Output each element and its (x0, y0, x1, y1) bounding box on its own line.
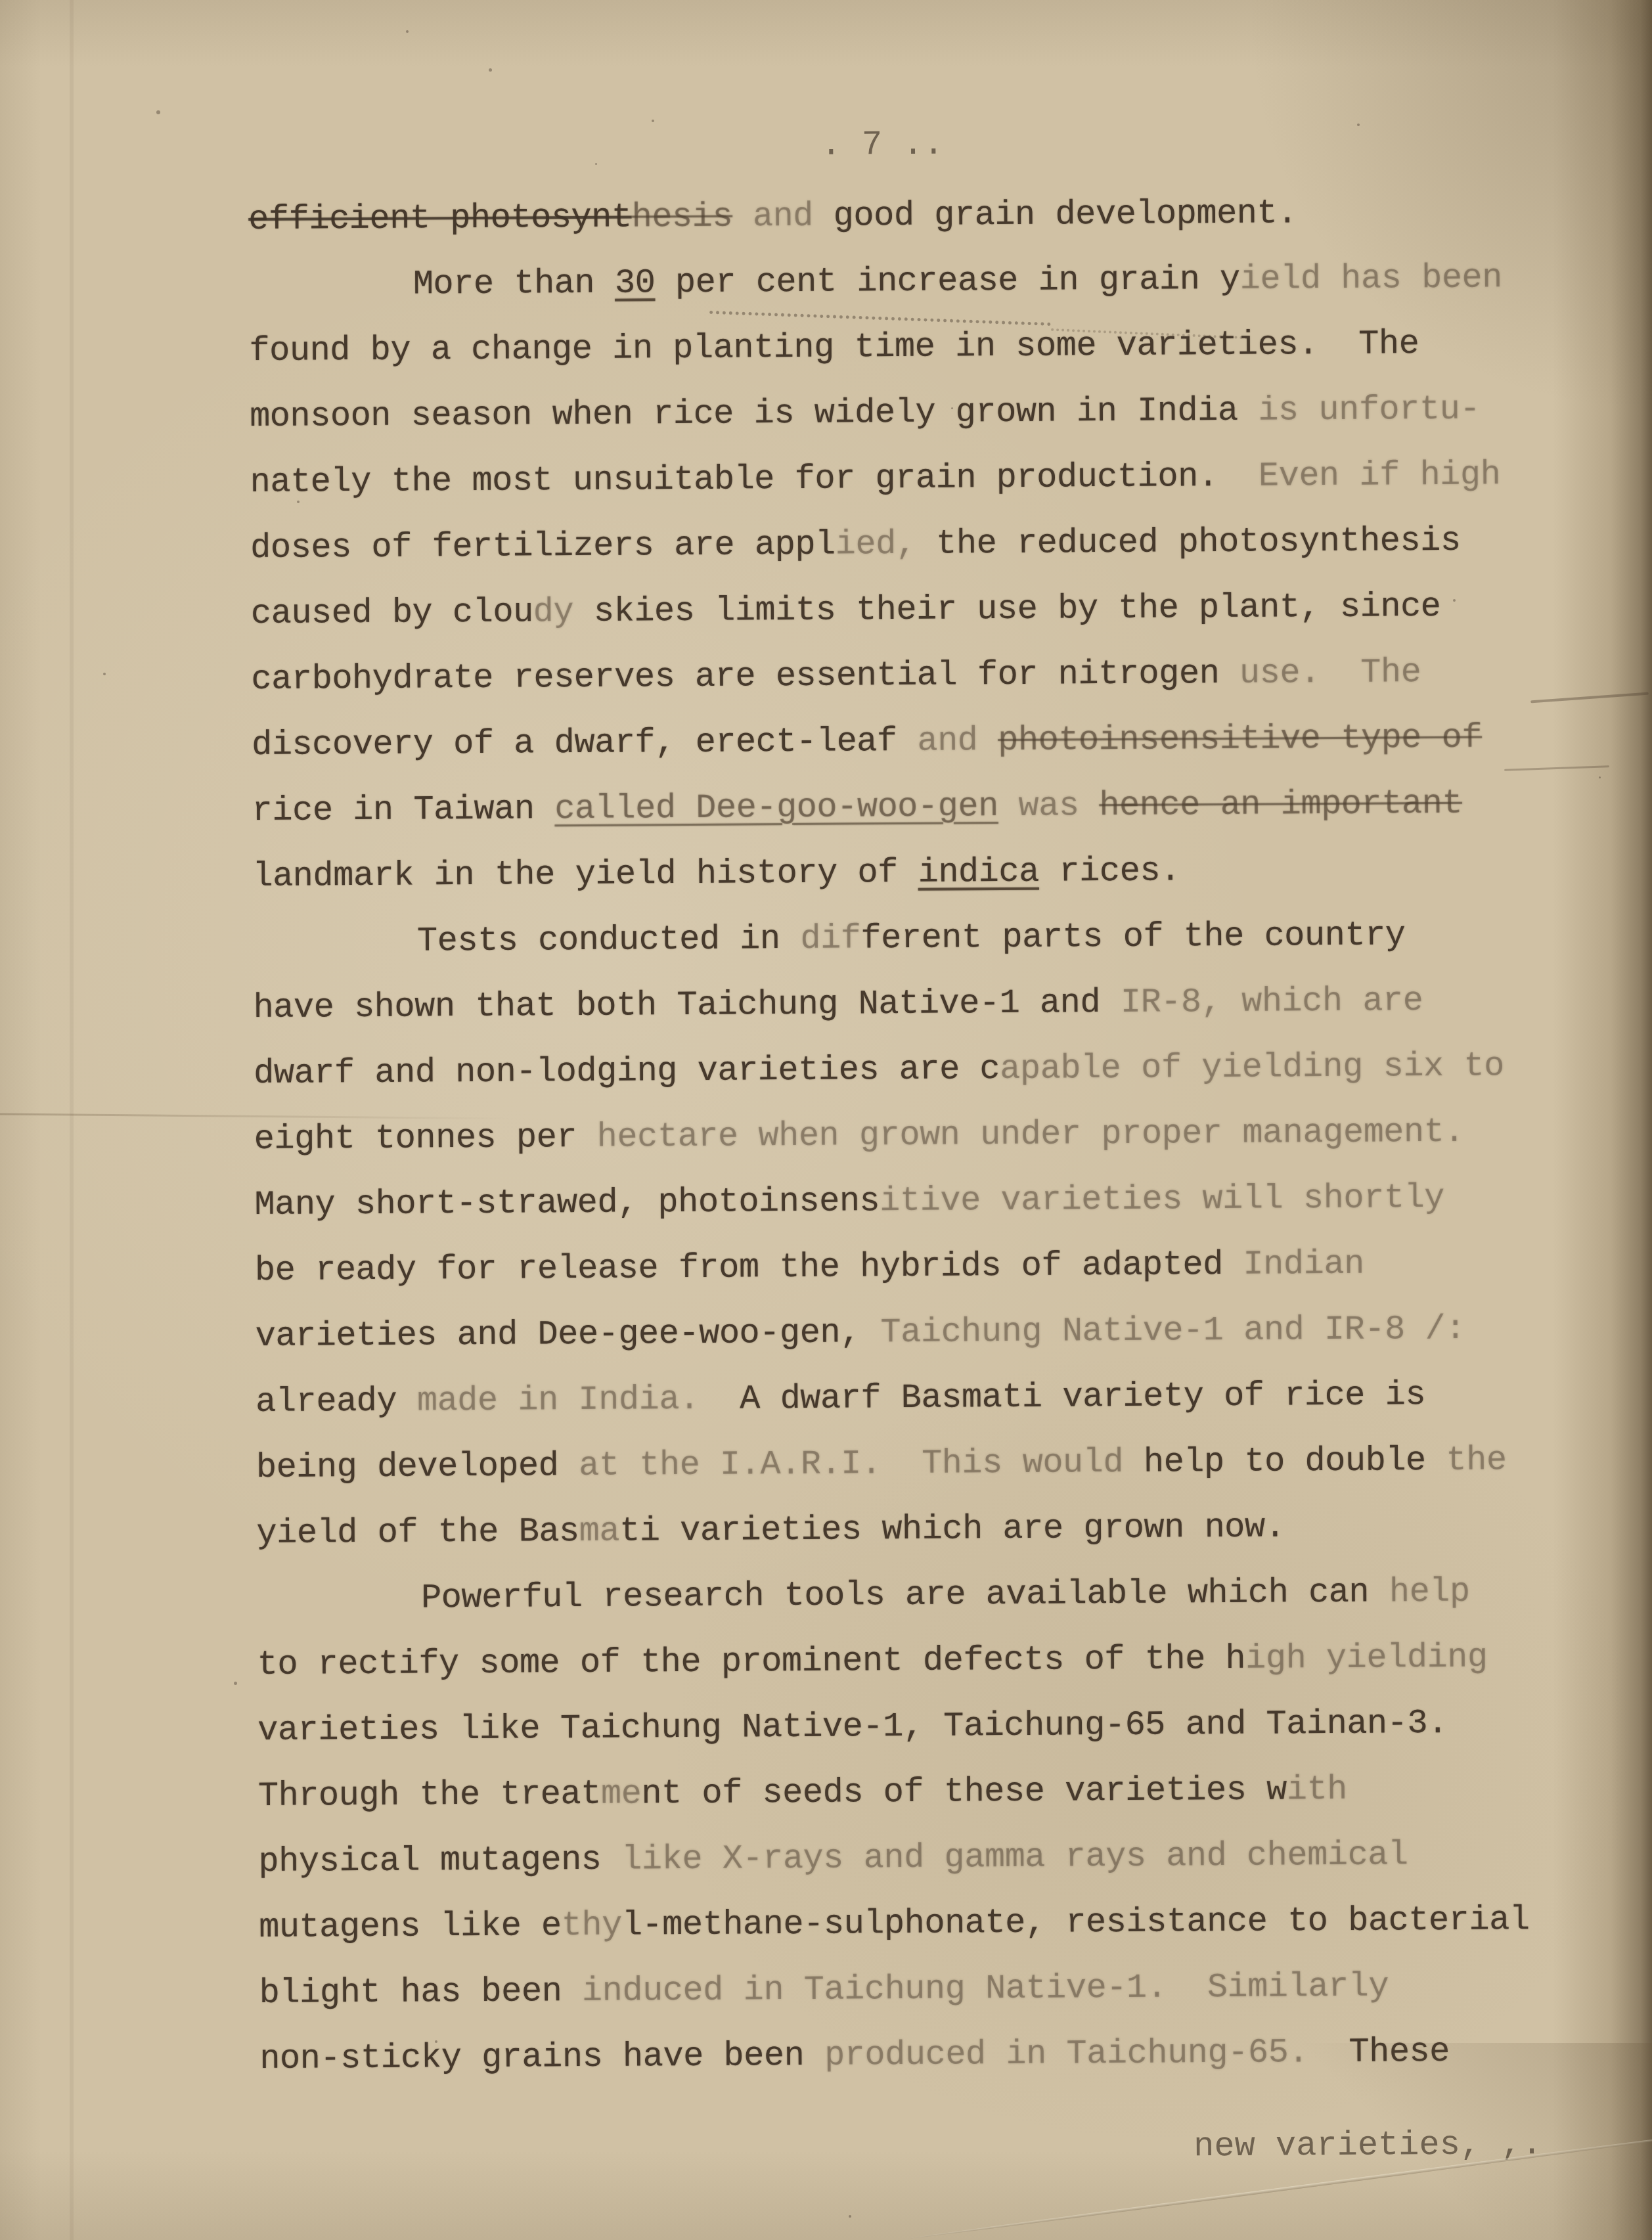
text-line: physical mutagens like X-rays and gamma … (258, 1821, 1612, 1895)
text-segment: induced in Taichung Native-1. Similarly (582, 1967, 1389, 2011)
text-segment: ferent parts of the country (860, 916, 1405, 958)
text-line: already made in India. A dwarf Basmati v… (256, 1361, 1609, 1435)
text-line: dwarf and non-lodging varieties are capa… (254, 1033, 1607, 1107)
text-segment: hesis (631, 198, 732, 237)
paper-speck (103, 673, 106, 675)
text-segment: good grain development. (813, 194, 1297, 236)
text-segment: non-sticky grains have been (259, 2036, 824, 2078)
text-segment: be ready for release from the hybrids of… (255, 1245, 1243, 1290)
text-segment: help (1389, 1573, 1470, 1612)
document-page: . 7 .. efficient photosynthesis and good… (0, 0, 1652, 2240)
text-segment: called Dee-goo-woo-gen (554, 787, 998, 828)
text-line: have shown that both Taichung Native-1 a… (253, 967, 1607, 1041)
text-segment: rice in Taiwan (252, 790, 555, 830)
paper-speck (849, 2215, 851, 2218)
text-segment: landmark in the yield history of (252, 853, 918, 896)
text-segment: is unfortu- (1258, 390, 1480, 430)
text-line: discovery of a dwarf, erect-leaf and pho… (252, 704, 1605, 778)
paper-speck (1357, 123, 1360, 126)
text-line: Through the treatment of seeds of these … (258, 1755, 1612, 1829)
text-line: non-sticky grains have been produced in … (259, 2018, 1613, 2092)
text-segment: varieties and Dee-gee-woo-gen, (255, 1313, 880, 1356)
text-segment: and (897, 721, 998, 761)
text-segment: have shown that both Taichung Native-1 a… (253, 983, 1121, 1027)
text-segment: use. The (1239, 653, 1421, 693)
paper-speck (156, 110, 160, 114)
text-segment: hectare when grown under proper manageme… (597, 1113, 1465, 1157)
text-segment: being developed (256, 1446, 579, 1487)
text-line: be ready for release from the hybrids of… (255, 1230, 1609, 1304)
text-segment: indica (918, 853, 1039, 892)
text-segment: A dwarf Basmati variety of rice is (700, 1376, 1426, 1419)
text-line: yield of the Basmati varieties which are… (256, 1492, 1610, 1567)
text-line: blight has been induced in Taichung Nati… (259, 1952, 1613, 2027)
paper-speck (1453, 599, 1456, 602)
text-segment: hence an important (1099, 784, 1462, 825)
page-number: . 7 .. (820, 125, 944, 166)
text-segment: dif (800, 919, 860, 958)
text-segment: apable of yielding six to (1000, 1046, 1504, 1088)
text-line: found by a change in planting time in so… (249, 310, 1603, 384)
text-line: monsoon season when rice is widely grown… (250, 376, 1603, 450)
text-segment: dwarf and non-lodging varieties are c (254, 1050, 1000, 1093)
text-segment: and (732, 197, 813, 236)
text-segment: photoinsensitive type of (998, 719, 1482, 761)
text-segment: itive varieties will shortly (880, 1178, 1444, 1221)
text-line: Powerful research tools are available wh… (257, 1558, 1611, 1632)
text-segment: nt of seeds of these varieties w (641, 1770, 1287, 1813)
text-line: rice in Taiwan called Dee-goo-woo-gen wa… (252, 770, 1605, 844)
text-segment: produced in Taichung-65. (824, 2033, 1308, 2075)
paper-speck (652, 120, 654, 122)
text-segment: varieties like Taichung Native-1, Taichu… (257, 1704, 1448, 1750)
text-line: nately the most unsuitable for grain pro… (250, 441, 1603, 516)
text-segment: Powerful research tools are available wh… (421, 1573, 1389, 1617)
text-segment: skies limits their use by the plant, sin… (573, 587, 1441, 631)
text-segment: Taichung Native-1 and IR-8 /: (880, 1310, 1465, 1352)
paper-speck (1599, 776, 1601, 778)
paper-speck (489, 68, 492, 72)
text-segment: discovery of a dwarf, erect-leaf (252, 722, 897, 765)
text-segment: was (998, 786, 1100, 826)
text-line: landmark in the yield history of indica … (252, 836, 1606, 910)
paper-speck (297, 501, 300, 503)
paper-speck (234, 1682, 237, 1685)
text-line: mutagens like ethyl-methane-sulphonate, … (259, 1887, 1613, 1961)
text-line: varieties like Taichung Native-1, Taichu… (257, 1690, 1611, 1764)
text-line: to rectify some of the prominent defects… (257, 1624, 1611, 1698)
left-margin-crease (70, 0, 74, 2240)
text-segment: made in India. (417, 1380, 700, 1421)
text-segment: physical mutagens (258, 1841, 621, 1881)
paper-speck (406, 30, 409, 33)
text-segment: me (601, 1774, 642, 1813)
text-segment: nately the most unsuitable for grain pro… (250, 457, 1259, 502)
text-segment: dy (533, 593, 574, 631)
text-segment: efficient photosynt (248, 198, 632, 239)
text-segment: yield of the Bas (256, 1512, 579, 1553)
text-line: doses of fertilizers are applied, the re… (250, 507, 1604, 581)
text-segment: IR-8, which are (1121, 981, 1423, 1022)
text-segment: ti varieties which are grown now. (619, 1508, 1285, 1550)
text-segment: ield has been (1240, 258, 1503, 298)
text-line: being developed at the I.A.R.I. This wou… (256, 1427, 1610, 1501)
text-segment: mutagens like e (259, 1906, 562, 1947)
text-line: caused by cloudy skies limits their use … (251, 573, 1605, 647)
text-segment: carbohydrate reserves are essential for … (251, 654, 1239, 699)
text-segment: doses of fertilizers are appl (250, 526, 836, 568)
text-line: Tests conducted in different parts of th… (253, 901, 1607, 975)
text-segment: the (1446, 1441, 1506, 1480)
typewritten-text-block: . 7 .. efficient photosynthesis and good… (248, 179, 1613, 2092)
catchword: new varieties, ,. (1194, 2125, 1542, 2166)
text-segment: like X-rays and gamma rays and chemical (621, 1835, 1408, 1879)
paper-speck (595, 163, 597, 165)
paper-speck (435, 2040, 437, 2043)
text-line: Many short-strawed, photoinsensitive var… (254, 1164, 1608, 1238)
text-segment: monsoon season when rice is widely grown… (250, 392, 1259, 436)
text-segment: More than (413, 264, 615, 304)
text-segment: l-methane-sulphonate, resistance to bact… (622, 1900, 1530, 1944)
text-segment: thy (562, 1906, 622, 1946)
text-segment: to rectify some of the prominent defects… (257, 1640, 1245, 1684)
text-line: eight tonnes per hectare when grown unde… (254, 1098, 1607, 1173)
text-segment: igh yielding (1245, 1638, 1488, 1678)
text-segment: ith (1287, 1770, 1347, 1810)
text-segment: the reduced photosynthesis (916, 522, 1460, 564)
text-segment: blight has been (259, 1972, 583, 2013)
text-line: efficient photosynthesis and good grain … (248, 179, 1602, 253)
text-segment: rices. (1039, 851, 1180, 891)
text-segment: at the I.A.R.I. This would (579, 1443, 1123, 1485)
text-segment: found by a change in planting time in so… (249, 325, 1419, 370)
text-segment: eight tonnes per (254, 1118, 597, 1159)
text-lines: efficient photosynthesis and good grain … (248, 179, 1613, 2092)
text-segment: 30 (615, 263, 656, 302)
text-segment: Tests conducted in (417, 920, 801, 961)
text-segment: ied, (836, 525, 916, 564)
text-line: carbohydrate reserves are essential for … (251, 638, 1605, 713)
text-segment: Through the treat (258, 1775, 601, 1816)
text-segment: Even if high (1259, 455, 1501, 495)
text-line: varieties and Dee-gee-woo-gen, Taichung … (255, 1295, 1609, 1370)
text-segment: help to double (1123, 1441, 1446, 1482)
text-segment: ma (579, 1512, 620, 1551)
paper-speck (951, 407, 953, 409)
text-line: More than 30 per cent increase in grain … (249, 244, 1603, 319)
text-segment: Indian (1243, 1245, 1364, 1284)
text-segment: per cent increase in grain y (655, 260, 1240, 302)
text-segment: These (1308, 2032, 1450, 2072)
text-segment: already (256, 1382, 417, 1422)
text-segment: caused by clou (251, 593, 533, 633)
text-segment: Many short-strawed, photoinsens (254, 1182, 880, 1224)
